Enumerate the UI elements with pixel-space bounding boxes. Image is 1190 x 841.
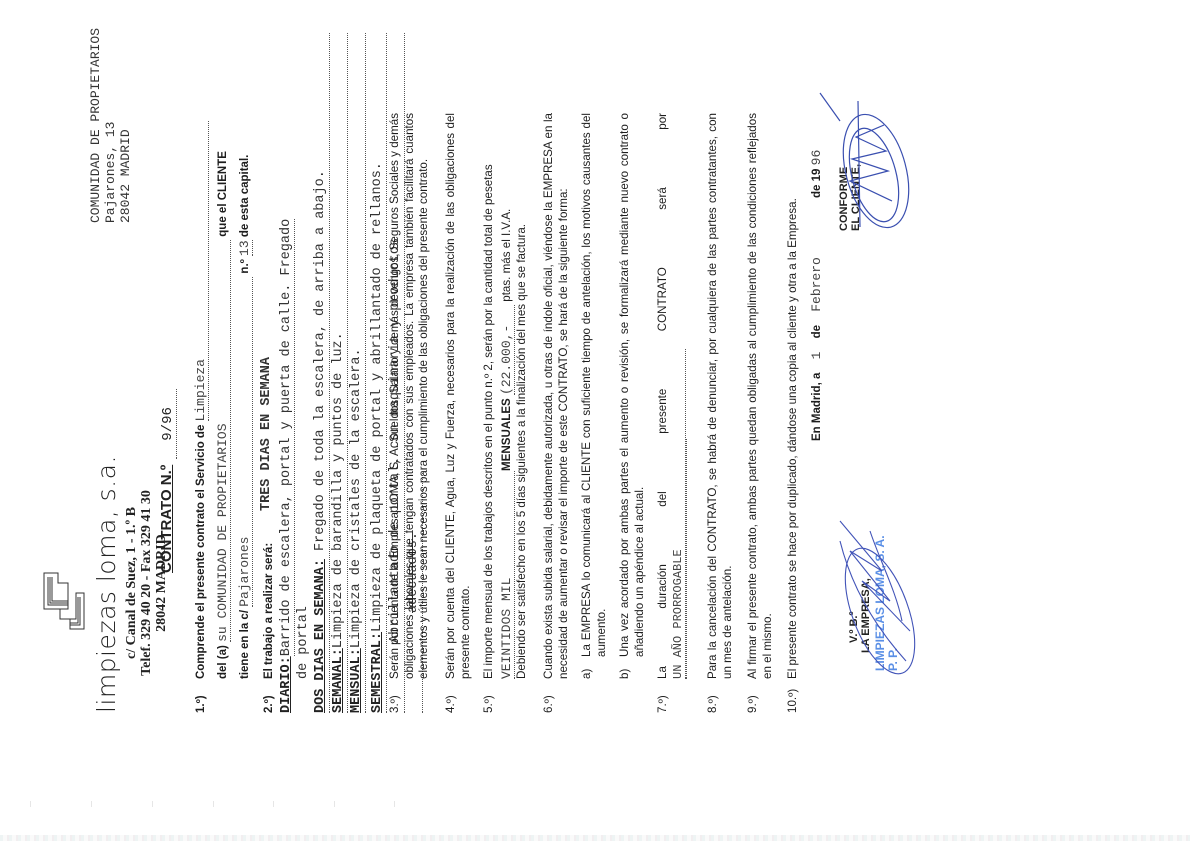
amount-words: VEINTIDOS MIL <box>500 471 516 679</box>
contract-number: 9/96 <box>160 389 177 459</box>
clause-3-text: Serán por cuenta de la Empresa LOMA, S. … <box>388 113 432 679</box>
schedule-text: Limpieza de barandilla y puntos de luz. <box>331 332 346 648</box>
clause-6b-text: Una vez acordado por ambas partes el aum… <box>618 113 647 657</box>
clause-9-text: Al firmar el presente contrato, ambas pa… <box>746 113 775 679</box>
schedule-text: Barrido de escalera, portal y puerta de … <box>279 219 295 656</box>
clause-number: 2.º) <box>262 695 276 713</box>
client-city: 28042 MADRID <box>118 28 133 223</box>
schedule-key: DIARIO: <box>279 656 294 713</box>
client-name: COMUNIDAD DE PROPIETARIOS <box>88 28 103 223</box>
schedule-line: MENSUAL:Limpieza de cristales de la esca… <box>348 33 366 713</box>
amount-number: (22.000,- <box>500 305 516 395</box>
schedule-key: SEMESTRAL: <box>370 632 385 713</box>
schedule-line: DOS DIAS EN SEMANA: Fregado de toda la e… <box>312 33 330 713</box>
schedule-line: de portal <box>295 33 312 713</box>
sub-clause-label: b) <box>618 669 633 679</box>
clause-5-text: El importe mensual de los trabajos descr… <box>482 113 530 679</box>
street-value: Pajarones <box>238 277 253 607</box>
schedule-text: de portal <box>296 606 311 679</box>
company-street: c/ Canal de Suez, 1 - 1.º B <box>124 453 139 713</box>
clause-7-text: La duración del presente CONTRATO será p… <box>656 113 669 679</box>
clause-number: 9.º) <box>746 695 761 713</box>
street-number-value: 13 <box>237 240 253 256</box>
mensuales-label: MENSUALES <box>500 398 513 471</box>
sub-clause-label: a) <box>580 669 595 679</box>
client-type-suffix: que el CLIENTE <box>217 151 229 237</box>
schedule-line: SEMESTRAL:Limpieza de plaqueta de portal… <box>369 33 387 713</box>
clause-number: 6.º) <box>542 695 557 713</box>
clause-number: 10.º) <box>786 689 801 713</box>
clause-5-line-3: Debiendo ser satisfecho en los 5 días si… <box>515 113 530 679</box>
clause-1-prefix: Comprende el presente contrato el Servic… <box>195 425 207 679</box>
schedule-text: Fregado de toda la escalera, de arriba a… <box>313 170 328 551</box>
contract-label: CONTRATO N.º <box>158 465 175 573</box>
client-street: Pajarones, 13 <box>103 28 118 223</box>
client-type-value: su COMUNIDAD DE PROPIETARIOS <box>216 240 231 642</box>
schedule-line: SEMANAL:Limpieza de barandilla y puntos … <box>330 33 348 713</box>
limpiezas-loma-logo-icon <box>40 563 88 633</box>
schedule-key: DOS DIAS EN SEMANA: <box>313 559 328 713</box>
contract-title: CONTRATO N.º9/96 <box>158 389 176 573</box>
contract-duration: UN AÑO PRORROGABLE <box>671 349 687 679</box>
client-address: COMUNIDAD DE PROPIETARIOS Pajarones, 13 … <box>88 28 133 223</box>
date-de: de <box>811 325 823 338</box>
company-name: limpiezas loma, s.a. <box>92 455 121 713</box>
clause-8-text: Para la cancelación del CONTRATO, se hab… <box>706 113 735 679</box>
schedule-text: Limpieza de cristales de la escalera. <box>349 348 364 648</box>
company-signature-icon <box>810 471 930 691</box>
clause-number: 1.º) <box>194 695 208 713</box>
street-suffix: de esta capital. <box>239 155 251 237</box>
client-type-prefix: del (a) <box>217 645 229 679</box>
clause-number: 7.º) <box>656 695 671 713</box>
clause-number: 3.º) <box>388 695 403 713</box>
contract-page: limpiezas loma, s.a. c/ Canal de Suez, 1… <box>0 0 1190 841</box>
ptas-iva: ptas. más el I.V.A. <box>500 209 513 302</box>
schedule-line: DIARIO:Barrido de escalera, portal y pue… <box>278 33 295 713</box>
service-value: Limpieza <box>194 121 209 421</box>
clause-6-text: Cuando exista subida salarial, debidamen… <box>542 113 571 679</box>
clause-6a-text: La EMPRESA lo comunicará al CLIENTE con … <box>580 113 609 657</box>
clause-4-text: Serán por cuenta del CLIENTE, Agua, Luz … <box>444 113 473 679</box>
clause-number: 5.º) <box>482 695 497 713</box>
date-prefix: En Madrid, a <box>811 373 823 441</box>
clause-1: 1.º) Comprende el presente contrato el S… <box>194 113 254 713</box>
schedule-key: SEMANAL: <box>331 648 346 713</box>
client-signature-icon <box>800 71 920 271</box>
date-day: 1 <box>809 352 824 360</box>
clause-5-line-1: El importe mensual de los trabajos descr… <box>482 113 497 679</box>
clause-1-text: Comprende el presente contrato el Servic… <box>194 113 253 679</box>
street-number-label: n.º <box>239 259 251 273</box>
street-prefix: tiene en la c/ <box>239 610 251 679</box>
company-phone-fax: Telef. 329 40 20 - Fax 329 41 30 <box>139 453 154 713</box>
schedule-text: Limpieza de plaqueta de portal y abrilla… <box>370 162 385 632</box>
clause-number: 8.º) <box>706 695 721 713</box>
frequency-header: TRES DIAS EN SEMANA <box>258 211 275 511</box>
schedule-key: MENSUAL: <box>349 648 364 713</box>
blank-line <box>686 439 687 679</box>
clause-10-text: El presente contrato se hace por duplica… <box>786 113 801 679</box>
clause-number: 4.º) <box>444 695 459 713</box>
